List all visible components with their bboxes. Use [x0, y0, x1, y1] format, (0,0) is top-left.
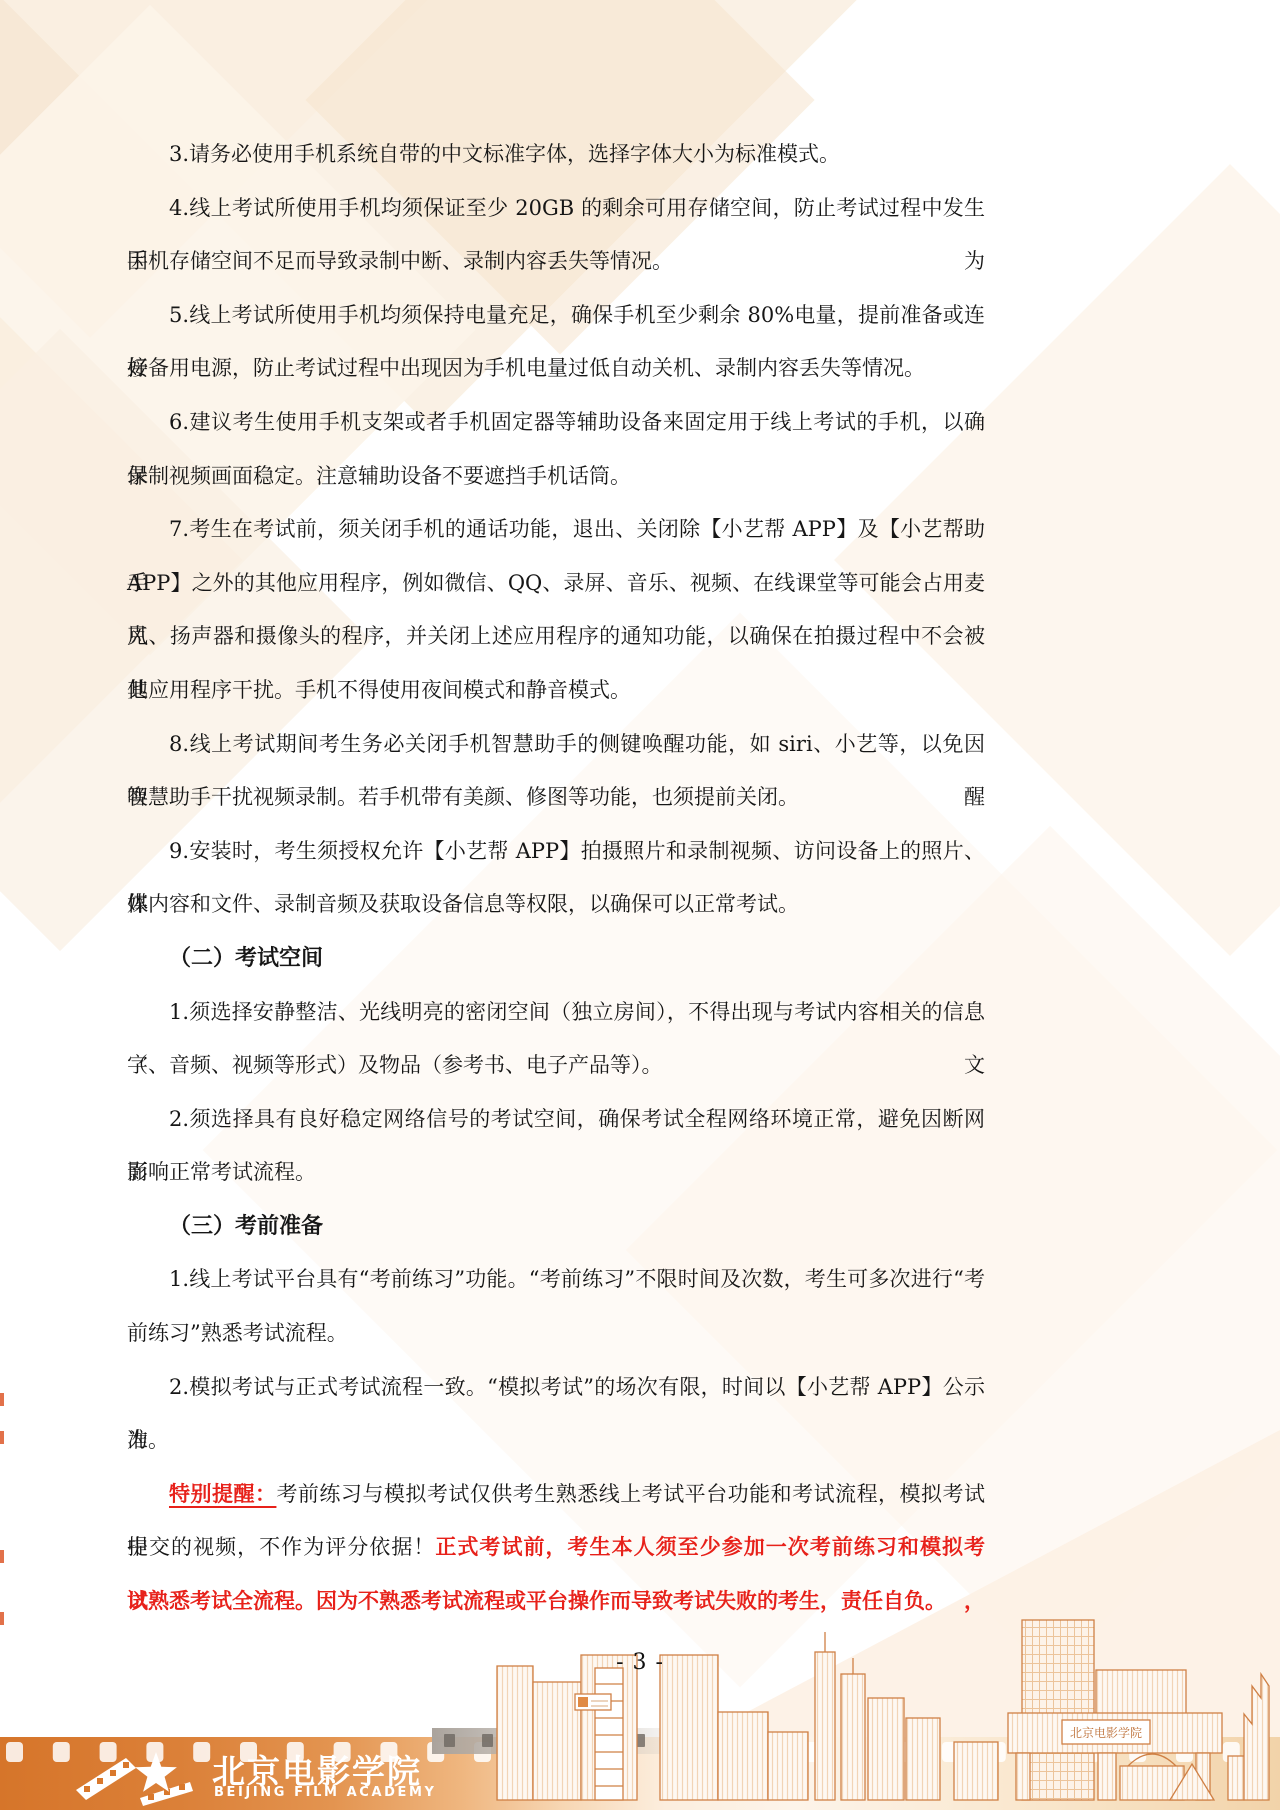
footer-logo-en: BEIJING FILM ACADEMY: [214, 1785, 437, 1800]
document-page: { "page": { "number": "- 3 -" }, "docume…: [0, 0, 1280, 1810]
body-text: 录制视频画面稳定。注意辅助设备不要遮挡手机话筒。: [127, 464, 631, 488]
text-line: 4.线上考试所使用手机均须保证至少 20GB 的剩余可用存储空间，防止考试过程中…: [127, 182, 985, 236]
text-line: 8.线上考试期间考生务必关闭手机智慧助手的侧键唤醒功能，如 siri、小艺等，以…: [127, 718, 985, 772]
text-line: 1.须选择安静整洁、光线明亮的密闭空间（独立房间），不得出现与考试内容相关的信息…: [127, 986, 985, 1040]
text-line: 前练习”熟悉考试流程。: [127, 1307, 985, 1361]
body-text: 字、音频、视频等形式）及物品（参考书、电子产品等）。: [127, 1053, 663, 1077]
body-text: 手机存储空间不足而导致录制中断、录制内容丢失等情况。: [127, 249, 673, 273]
section-heading: （二）考试空间: [169, 946, 323, 971]
text-line: 他应用程序干扰。手机不得使用夜间模式和静音模式。: [127, 664, 985, 718]
body-text: 他应用程序干扰。手机不得使用夜间模式和静音模式。: [127, 678, 631, 702]
body-text: 3.请务必使用手机系统自带的中文标准字体，选择字体大小为标准模式。: [169, 142, 840, 166]
text-line: 体内容和文件、录制音频及获取设备信息等权限，以确保可以正常考试。: [127, 878, 985, 932]
text-line: 2.须选择具有良好稳定网络信号的考试空间，确保考试全程网络环境正常，避免因断网而: [127, 1093, 985, 1147]
document-body: 3.请务必使用手机系统自带的中文标准字体，选择字体大小为标准模式。4.线上考试所…: [127, 128, 985, 1629]
body-text: 前练习”熟悉考试流程。: [127, 1321, 348, 1345]
text-line: 录制视频画面稳定。注意辅助设备不要遮挡手机话筒。: [127, 450, 985, 504]
body-text: 影响正常考试流程。: [127, 1160, 316, 1184]
body-text: 体内容和文件、录制音频及获取设备信息等权限，以确保可以正常考试。: [127, 892, 799, 916]
text-line: 2.模拟考试与正式考试流程一致。“模拟考试”的场次有限，时间以【小艺帮 APP】…: [127, 1361, 985, 1415]
edge-mark: [0, 1393, 4, 1406]
body-text: 好备用电源，防止考试过程中出现因为手机电量过低自动关机、录制内容丢失等情况。: [127, 356, 925, 380]
text-line: 风、扬声器和摄像头的程序，并关闭上述应用程序的通知功能，以确保在拍摄过程中不会被…: [127, 610, 985, 664]
section-heading: （三）考前准备: [169, 1214, 323, 1239]
body-text: 智慧助手干扰视频录制。若手机带有美颜、修图等功能，也须提前关闭。: [127, 785, 799, 809]
edge-mark: [0, 1431, 4, 1444]
gate-sign-text: 北京电影学院: [1070, 1725, 1142, 1740]
text-line: 5.线上考试所使用手机均须保持电量充足，确保手机至少剩余 80%电量，提前准备或…: [127, 289, 985, 343]
footer-logo: 北京电影学院 BEIJING FILM ACADEMY: [60, 1746, 620, 1806]
text-line: APP】之外的其他应用程序，例如微信、QQ、录屏、音乐、视频、在线课堂等可能会占…: [127, 557, 985, 611]
page-number: - 3 -: [0, 1650, 1280, 1675]
text-line: （二）考试空间: [127, 932, 985, 986]
text-line: 好备用电源，防止考试过程中出现因为手机电量过低自动关机、录制内容丢失等情况。: [127, 342, 985, 396]
text-line: 3.请务必使用手机系统自带的中文标准字体，选择字体大小为标准模式。: [127, 128, 985, 182]
body-text: 1.线上考试平台具有“考前练习”功能。“考前练习”不限时间及次数，考生可多次进行…: [169, 1267, 985, 1291]
text-line: 影响正常考试流程。: [127, 1146, 985, 1200]
text-line: 9.安装时，考生须授权允许【小艺帮 APP】拍摄照片和录制视频、访问设备上的照片…: [127, 825, 985, 879]
text-line: 6.建议考生使用手机支架或者手机固定器等辅助设备来固定用于线上考试的手机，以确保: [127, 396, 985, 450]
text-line: （三）考前准备: [127, 1200, 985, 1254]
text-line: 准。: [127, 1414, 985, 1468]
text-line: 7.考生在考试前，须关闭手机的通话功能，退出、关闭除【小艺帮 APP】及【小艺帮…: [127, 503, 985, 557]
bfa-filmstrip-star-icon: [74, 1750, 198, 1806]
text-line: 1.线上考试平台具有“考前练习”功能。“考前练习”不限时间及次数，考生可多次进行…: [127, 1253, 985, 1307]
body-text: 准。: [127, 1428, 169, 1452]
